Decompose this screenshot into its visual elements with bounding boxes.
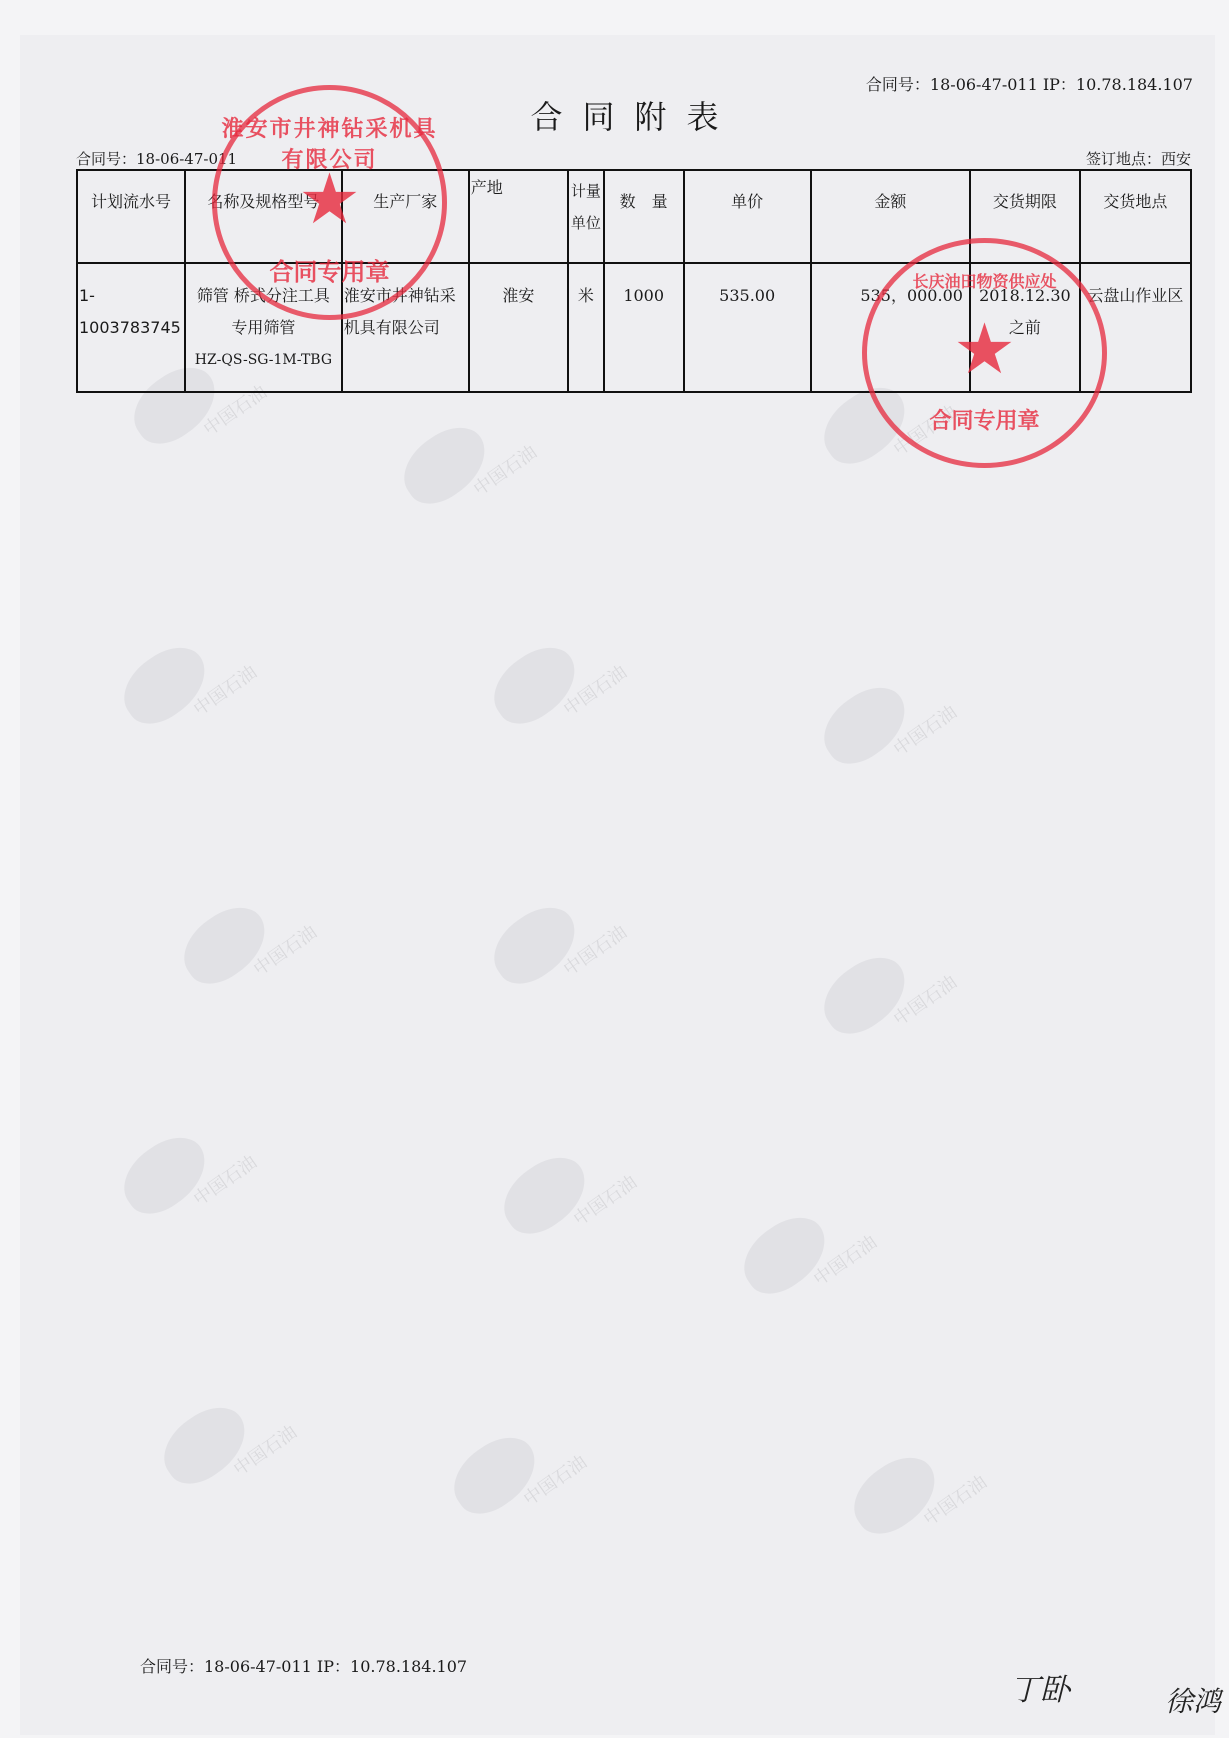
watermark-logo: 中国石油	[481, 895, 589, 996]
contract-number: 合同号：18-06-47-011	[76, 148, 237, 169]
seal-text: 长庆油田物资供应处	[867, 269, 1102, 292]
watermark-logo: 中国石油	[151, 1395, 259, 1496]
watermark-logo: 中国石油	[391, 415, 499, 516]
col-header-origin: 产地	[469, 170, 568, 263]
col-header-delivery-place: 交货地点	[1080, 170, 1191, 263]
cell-quantity: 1000	[604, 263, 684, 392]
cell-unit: 米	[568, 263, 604, 392]
watermark-logo: 中国石油	[481, 635, 589, 736]
supplier-seal-stamp: 淮安市井神钻采机具有限公司 ★ 合同专用章	[212, 85, 447, 320]
star-icon: ★	[298, 157, 361, 239]
cell-plan-no: 1-1003783745	[77, 263, 185, 392]
watermark-logo: 中国石油	[731, 1205, 839, 1306]
seal-label: 合同专用章	[217, 252, 442, 287]
cell-unit-price: 535.00	[684, 263, 811, 392]
col-header-quantity: 数 量	[604, 170, 684, 263]
seal-label: 合同专用章	[867, 404, 1102, 435]
watermark-logo: 中国石油	[811, 945, 919, 1046]
signature-1: 丁卧	[1010, 1665, 1070, 1709]
manufacturer-line: 机具有限公司	[344, 312, 467, 344]
star-icon: ★	[953, 308, 1016, 390]
col-header-plan-no: 计划流水号	[77, 170, 185, 263]
watermark-logo: 中国石油	[441, 1425, 549, 1526]
signature-2: 徐鸿	[1165, 1680, 1221, 1720]
watermark-logo: 中国石油	[171, 895, 279, 996]
buyer-seal-stamp: 长庆油田物资供应处 ★ 合同专用章	[862, 238, 1107, 468]
col-header-unit: 计量单位	[568, 170, 604, 263]
name-spec-model: HZ-QS-SG-1M-TBG	[187, 344, 340, 376]
cell-origin: 淮安	[469, 263, 568, 392]
watermark-logo: 中国石油	[111, 635, 219, 736]
watermark-logo: 中国石油	[491, 1145, 599, 1246]
signing-place: 签订地点：西安	[1086, 148, 1191, 169]
contract-ip-footer: 合同号：18-06-47-011 IP：10.78.184.107	[140, 1654, 467, 1677]
document-title: 合同附表	[0, 92, 1229, 138]
watermark-logo: 中国石油	[841, 1445, 949, 1546]
watermark-logo: 中国石油	[811, 675, 919, 776]
watermark-logo: 中国石油	[111, 1125, 219, 1226]
col-header-unit-price: 单价	[684, 170, 811, 263]
